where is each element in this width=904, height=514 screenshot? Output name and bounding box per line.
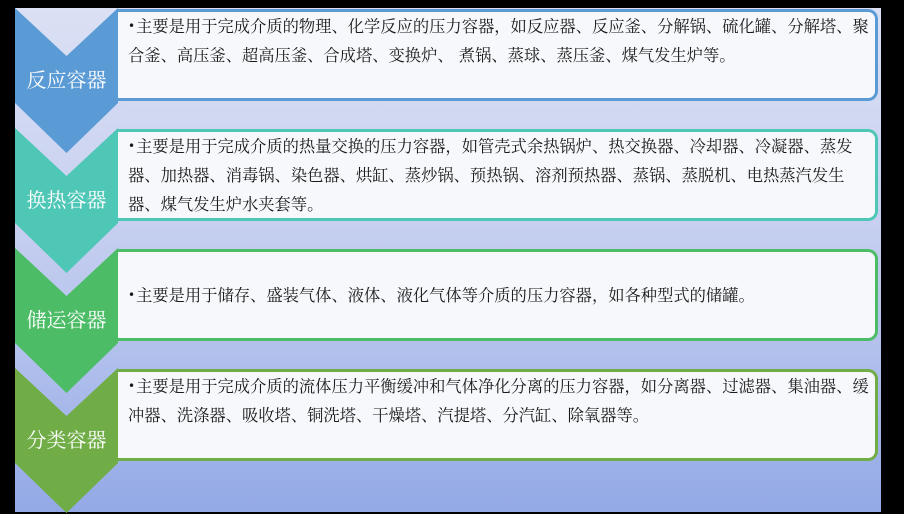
description-text: •主要是用于储存、盛装气体、液体、液化气体等介质的压力容器，如各种型式的储罐。 [128, 281, 869, 310]
bullet-icon: • [128, 288, 135, 302]
description-box-heat-exchange: •主要是用于完成介质的热量交换的压力容器，如管壳式余热锅炉、热交换器、冷却器、冷… [118, 129, 878, 221]
description-text: •主要是用于完成介质的物理、化学反应的压力容器，如反应器、反应釜、分解锅、硫化罐… [128, 12, 869, 70]
bullet-icon: • [128, 19, 135, 33]
description-box-separation: •主要是用于完成介质的流体压力平衡缓冲和气体净化分离的压力容器，如分离器、过滤器… [118, 369, 878, 461]
description-box-storage: •主要是用于储存、盛装气体、液体、液化气体等介质的压力容器，如各种型式的储罐。 [118, 249, 878, 341]
stage-label: 换热容器 [15, 188, 118, 212]
description-text: •主要是用于完成介质的热量交换的压力容器，如管壳式余热锅炉、热交换器、冷却器、冷… [128, 132, 869, 219]
description-box-reaction: •主要是用于完成介质的物理、化学反应的压力容器，如反应器、反应釜、分解锅、硫化罐… [118, 9, 878, 101]
description-text: •主要是用于完成介质的流体压力平衡缓冲和气体净化分离的压力容器，如分离器、过滤器… [128, 372, 869, 430]
bullet-icon: • [128, 379, 135, 393]
stage-label: 储运容器 [15, 308, 118, 332]
bullet-icon: • [128, 139, 135, 153]
stage-label: 反应容器 [15, 68, 118, 92]
stage-label: 分类容器 [15, 428, 118, 452]
